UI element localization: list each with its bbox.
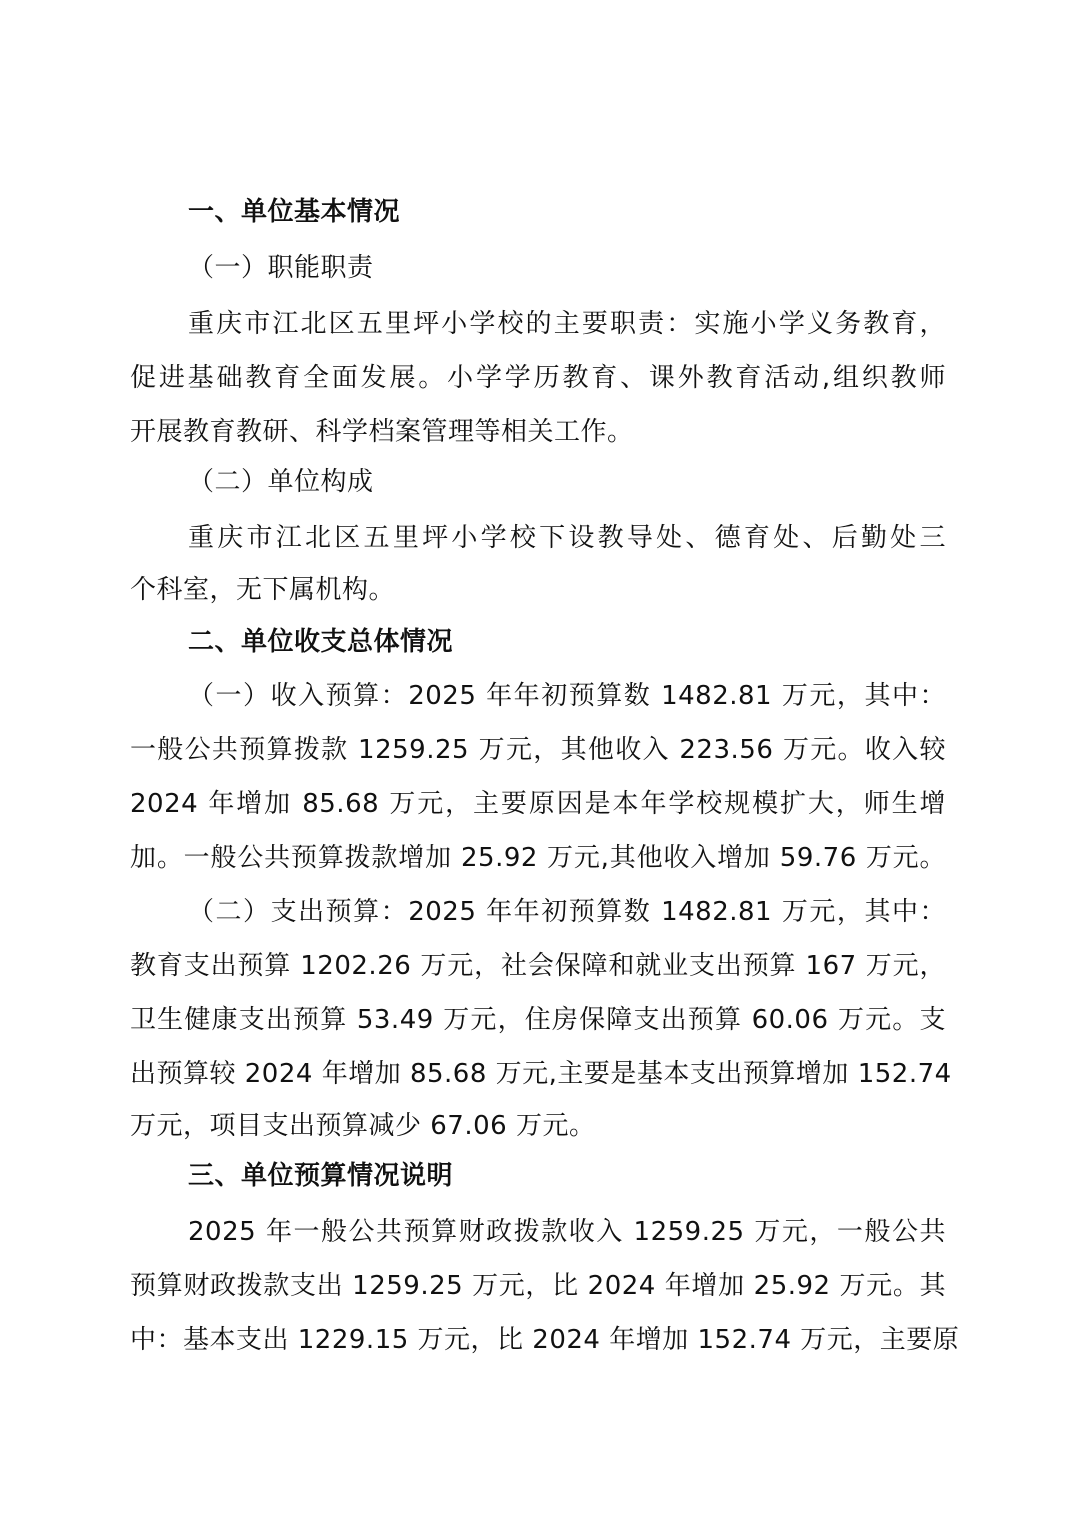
section-heading-budget-notes: 三、单位预算情况说明 bbox=[188, 1156, 946, 1196]
paragraph-expense-line-5: 万元，项目支出预算减少 67.06 万元。 bbox=[130, 1106, 946, 1146]
paragraph-functions-line-3: 开展教育教研、科学档案管理等相关工作。 bbox=[130, 412, 946, 452]
paragraph-budget-notes-line-1: 2025 年一般公共预算财政拨款收入 1259.25 万元，一般公共 bbox=[188, 1212, 946, 1252]
paragraph-functions-line-2: 促进基础教育全面发展。小学学历教育、课外教育活动,组织教师 bbox=[130, 358, 946, 398]
section-heading-overall: 二、单位收支总体情况 bbox=[188, 622, 946, 662]
paragraph-budget-notes-line-3: 中：基本支出 1229.15 万元，比 2024 年增加 152.74 万元，主… bbox=[130, 1320, 946, 1360]
section-heading-basic-info: 一、单位基本情况 bbox=[188, 192, 946, 232]
paragraph-income-line-1: （一）收入预算：2025 年年初预算数 1482.81 万元，其中： bbox=[188, 676, 946, 716]
document-page: 一、单位基本情况 （一）职能职责 重庆市江北区五里坪小学校的主要职责：实施小学义… bbox=[0, 0, 1074, 1520]
paragraph-composition-line-1: 重庆市江北区五里坪小学校下设教导处、德育处、后勤处三 bbox=[188, 518, 946, 558]
paragraph-income-line-4: 加。一般公共预算拨款增加 25.92 万元,其他收入增加 59.76 万元。 bbox=[130, 838, 946, 878]
subsection-heading-functions: （一）职能职责 bbox=[188, 248, 946, 288]
paragraph-budget-notes-line-2: 预算财政拨款支出 1259.25 万元，比 2024 年增加 25.92 万元。… bbox=[130, 1266, 946, 1306]
paragraph-expense-line-3: 卫生健康支出预算 53.49 万元，住房保障支出预算 60.06 万元。支 bbox=[130, 1000, 946, 1040]
paragraph-composition-line-2: 个科室，无下属机构。 bbox=[130, 570, 946, 610]
paragraph-expense-line-2: 教育支出预算 1202.26 万元，社会保障和就业支出预算 167 万元， bbox=[130, 946, 946, 986]
paragraph-expense-line-4: 出预算较 2024 年增加 85.68 万元,主要是基本支出预算增加 152.7… bbox=[130, 1054, 946, 1094]
paragraph-functions-line-1: 重庆市江北区五里坪小学校的主要职责：实施小学义务教育， bbox=[188, 304, 946, 344]
paragraph-income-line-2: 一般公共预算拨款 1259.25 万元，其他收入 223.56 万元。收入较 bbox=[130, 730, 946, 770]
paragraph-income-line-3: 2024 年增加 85.68 万元，主要原因是本年学校规模扩大，师生增 bbox=[130, 784, 946, 824]
paragraph-expense-line-1: （二）支出预算：2025 年年初预算数 1482.81 万元，其中： bbox=[188, 892, 946, 932]
subsection-heading-composition: （二）单位构成 bbox=[188, 462, 946, 502]
